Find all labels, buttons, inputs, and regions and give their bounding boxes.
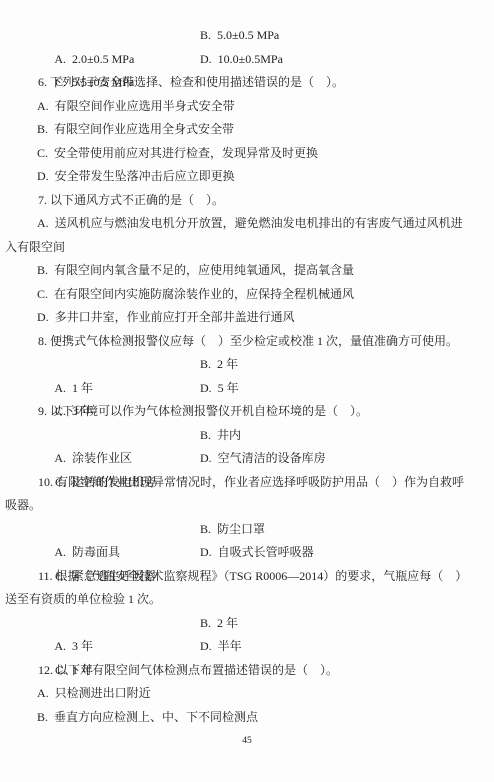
page-number: 45 xyxy=(0,736,494,746)
option-a-continuation: 入有限空间 xyxy=(5,236,488,260)
option-b: B. 2 年 xyxy=(200,612,238,636)
question-stem-11-continuation: 送至有资质的单位检验 1 次。 xyxy=(5,588,488,612)
option-d: D. 半年 xyxy=(200,635,242,659)
option-b: B. 防尘口罩 xyxy=(200,518,265,542)
option-b: B. 2 年 xyxy=(200,353,238,377)
option-row: C. 运转的发电机旁 D. 空气清洁的设备库房 xyxy=(5,447,488,471)
question-stem-12: 12. 以下对有限空间气体检测点布置描述错误的是（ ）。 xyxy=(5,659,488,683)
option-row: C. 1 年 D. 半年 xyxy=(5,635,488,659)
option-row: A. 1 年 B. 2 年 xyxy=(5,353,488,377)
option-d: D. 空气清洁的设备库房 xyxy=(200,447,326,471)
option-d: D. 自吸式长管呼吸器 xyxy=(200,541,314,565)
option-row: A. 防毒面具 B. 防尘口罩 xyxy=(5,518,488,542)
option-row: C. 5.5±0.5 MPa D. 10.0±0.5MPa xyxy=(5,48,488,72)
option-b: B. 有限空间作业应选用全身式安全带 xyxy=(5,118,488,142)
question-stem-7: 7. 以下通风方式不正确的是（ ）。 xyxy=(5,189,488,213)
option-b: B. 5.0±0.5 MPa xyxy=(200,24,279,48)
option-d: D. 10.0±0.5MPa xyxy=(200,48,283,72)
question-stem-6: 6. 下列对于安全带选择、检查和使用描述错误的是（ ）。 xyxy=(5,71,488,95)
option-b: B. 有限空间内氧含量不足的，应使用纯氧通风，提高氧含量 xyxy=(5,259,488,283)
option-d: D. 安全带发生坠落冲击后应立即更换 xyxy=(5,165,488,189)
option-row: A. 3 年 B. 2 年 xyxy=(5,612,488,636)
question-stem-10: 10. 有限空间作业出现异常情况时，作业者应选择呼吸防护用品（ ）作为自救呼 xyxy=(5,471,488,495)
option-c: C. 安全带使用前应对其进行检查，发现异常及时更换 xyxy=(5,142,488,166)
question-stem-11: 11. 根据《气瓶安全技术监察规程》（TSG R0006—2014）的要求，气瓶… xyxy=(5,565,488,589)
question-stem-8: 8. 便携式气体检测报警仪应每（ ）至少检定或校准 1 次，量值准确方可使用。 xyxy=(5,330,488,354)
question-stem-10-continuation: 吸器。 xyxy=(5,494,488,518)
option-row: C. 3 年 D. 5 年 xyxy=(5,377,488,401)
option-d: D. 5 年 xyxy=(200,377,239,401)
option-b: B. 垂直方向应检测上、中、下不同检测点 xyxy=(5,706,488,730)
option-d: D. 多井口井室，作业前应打开全部井盖进行通风 xyxy=(5,306,488,330)
option-row: C. 紧急逃生呼吸器 D. 自吸式长管呼吸器 xyxy=(5,541,488,565)
option-a: A. 送风机应与燃油发电机分开放置，避免燃油发电机排出的有害废气通过风机进 xyxy=(5,212,488,236)
option-c: C. 在有限空间内实施防腐涂装作业的，应保持全程机械通风 xyxy=(5,283,488,307)
option-row: A. 2.0±0.5 MPa B. 5.0±0.5 MPa xyxy=(5,24,488,48)
option-a: A. 只检测进出口附近 xyxy=(5,682,488,706)
option-a: A. 有限空间作业应选用半身式安全带 xyxy=(5,95,488,119)
question-list: A. 2.0±0.5 MPa B. 5.0±0.5 MPa C. 5.5±0.5… xyxy=(5,24,488,729)
option-row: A. 涂装作业区 B. 井内 xyxy=(5,424,488,448)
document-page: A. 2.0±0.5 MPa B. 5.0±0.5 MPa C. 5.5±0.5… xyxy=(0,0,494,782)
option-b: B. 井内 xyxy=(200,424,241,448)
question-stem-9: 9. 以下环境可以作为气体检测报警仪开机自检环境的是（ ）。 xyxy=(5,400,488,424)
